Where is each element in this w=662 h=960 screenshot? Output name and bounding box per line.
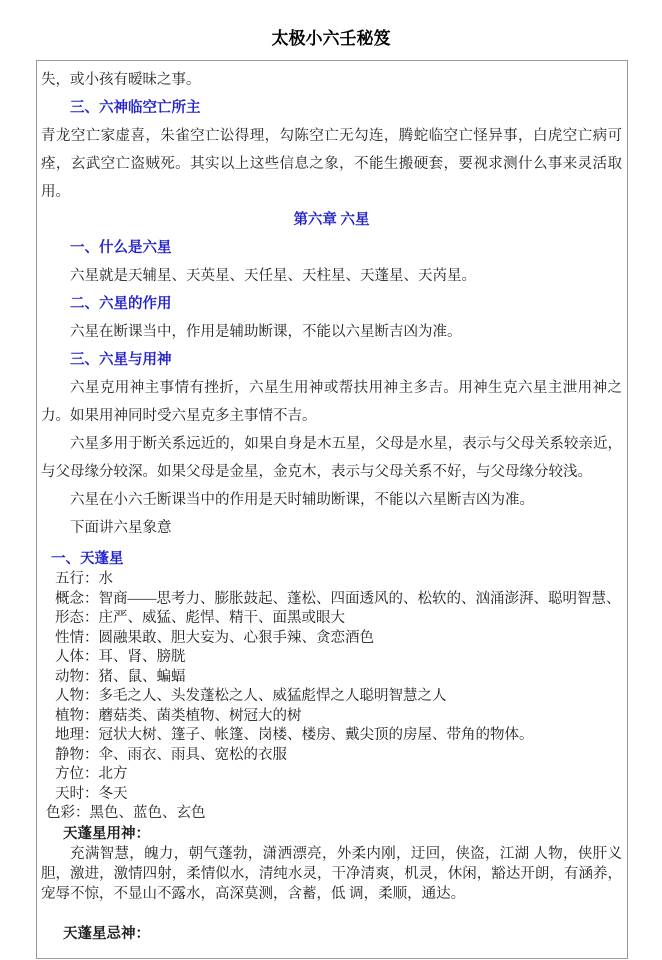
paragraph: 六星克用神主事情有挫折，六星生用神或帮扶用神主多吉。用神生克六星主泄用神之力。如… xyxy=(41,374,622,430)
star-heading: 一、天蓬星 xyxy=(51,548,622,570)
attribute-line-fangwei: 方位：北方 xyxy=(55,765,622,785)
paragraph: 充满智慧，魄力，朝气蓬勃，潇洒漂亮，外柔内刚，迂回，侠盗，江湖 人物，侠肝义胆，… xyxy=(41,844,622,905)
section-heading: 二、六星的作用 xyxy=(70,290,622,318)
document-body: 失，或小孩有暧昧之事。三、六神临空亡所主青龙空亡家虚喜，朱雀空亡讼得理，勾陈空亡… xyxy=(41,66,622,944)
attribute-line-xingqing: 性情：圆融果敢、胆大妄为、心狠手辣、贪恋酒色 xyxy=(55,629,622,649)
page-title: 太极小六壬秘笈 xyxy=(0,0,662,51)
paragraph: 六星在小六壬断课当中的作用是天时辅助断课，不能以六星断吉凶为准。 xyxy=(41,486,622,514)
attribute-line-renti: 人体：耳、肾、膀胱 xyxy=(55,648,622,668)
attribute-line-jingwu: 静物：伞、雨衣、雨具、宽松的衣服 xyxy=(55,746,622,766)
attribute-line-dongwu: 动物：猪、鼠、蝙蝠 xyxy=(55,668,622,688)
chapter-heading: 第六章 六星 xyxy=(41,206,622,234)
attribute-line-zhiwu: 植物：蘑菇类、菌类植物、树冠大的树 xyxy=(55,707,622,727)
paragraph: 下面讲六星象意 xyxy=(41,514,622,542)
attribute-line-tianshi: 天时：冬天 xyxy=(55,785,622,805)
page: { "page_title": "太极小六壬秘笈", "colors": { "… xyxy=(0,0,662,960)
section-heading: 三、六神临空亡所主 xyxy=(70,94,622,122)
section-heading: 一、什么是六星 xyxy=(70,234,622,262)
attribute-line-gainian: 概念：智商——思考力、膨胀鼓起、蓬松、四面透风的、松软的、汹涌澎湃、聪明智慧、 xyxy=(55,590,622,610)
attribute-line-secai: 色彩：黑色、蓝色、玄色 xyxy=(46,804,622,824)
section-heading: 三、六星与用神 xyxy=(70,346,622,374)
paragraph-tail: 失，或小孩有暧昧之事。 xyxy=(41,66,622,94)
jishen-label: 天蓬星忌神： xyxy=(63,924,622,944)
paragraph: 六星多用于断关系远近的，如果自身是木五星，父母是水星，表示与父母关系较亲近，与父… xyxy=(41,430,622,486)
attribute-line-xingtai: 形态：庄严、威猛、彪悍、精干、面黑或眼大 xyxy=(55,609,622,629)
paragraph: 六星就是天辅星、天英星、天任星、天柱星、天蓬星、天芮星。 xyxy=(41,262,622,290)
attribute-line-renwu: 人物：多毛之人、头发蓬松之人、威猛彪悍之人聪明智慧之人 xyxy=(55,687,622,707)
attribute-line-wuxing: 五行：水 xyxy=(55,570,622,590)
paragraph: 青龙空亡家虚喜，朱雀空亡讼得理，勾陈空亡无勾连，腾蛇临空亡怪异事，白虎空亡病可痊… xyxy=(41,122,622,206)
paragraph: 六星在断课当中，作用是辅助断课，不能以六星断吉凶为准。 xyxy=(41,318,622,346)
attribute-line-dili: 地理：冠状大树、篷子、帐篷、岗楼、楼房、戴尖顶的房屋、带角的物体。 xyxy=(55,726,622,746)
document-box: 失，或小孩有暧昧之事。三、六神临空亡所主青龙空亡家虚喜，朱雀空亡讼得理，勾陈空亡… xyxy=(36,60,628,959)
yongshen-label: 天蓬星用神： xyxy=(63,824,622,844)
blank-line xyxy=(41,905,622,924)
